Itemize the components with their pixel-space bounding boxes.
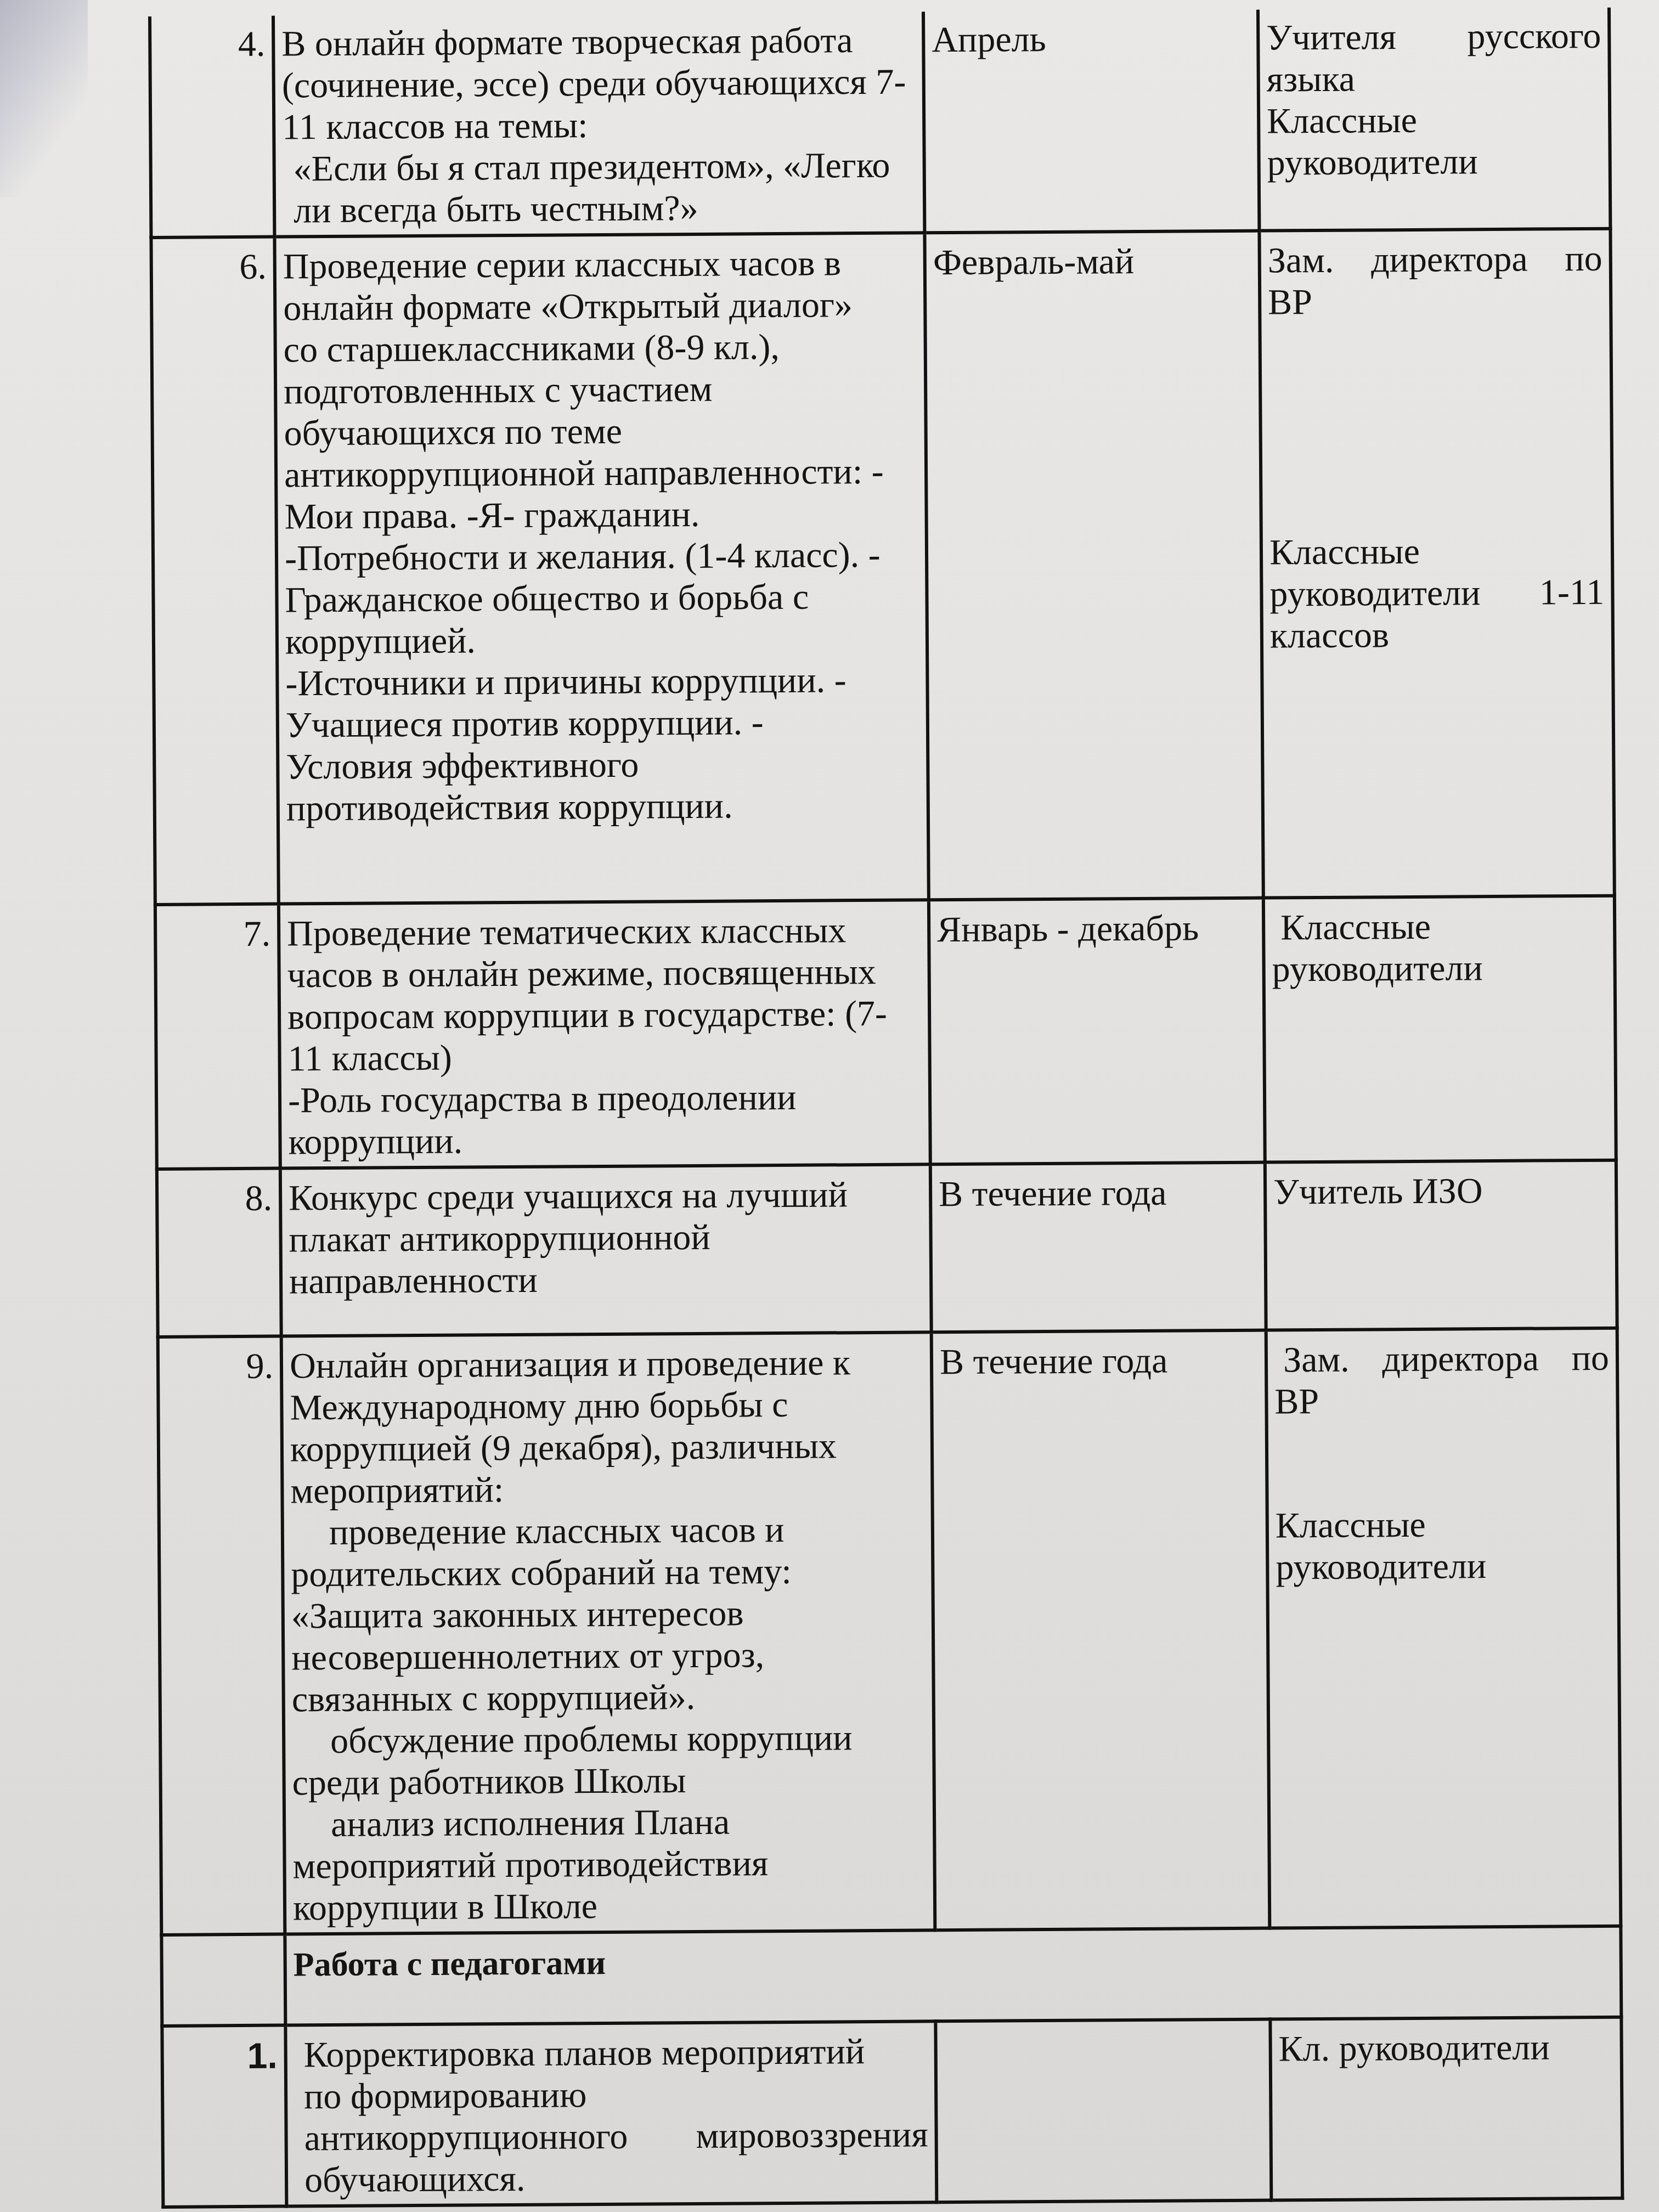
activity-line: Онлайн организация и проведение к [290, 1341, 923, 1387]
row-number: 6. [151, 237, 278, 905]
activity-line: со старшеклассниками (8-9 кл.), [283, 325, 917, 371]
row-number: 9. [158, 1336, 285, 1935]
responsible-line: ВР [1274, 1379, 1609, 1423]
activity-line: Учащиеся против коррупции. - [286, 701, 919, 746]
activity-cell: Конкурс среди учащихся на лучший плакат … [280, 1164, 932, 1336]
activity-line: Конкурс среди учащихся на лучший [289, 1173, 922, 1219]
responsible-cell: Зам. директора по ВР Классные руководите… [1266, 1328, 1621, 1928]
activity-line: Гражданское общество и борьба с [285, 575, 918, 621]
table-row: 8. Конкурс среди учащихся на лучший плак… [157, 1160, 1617, 1337]
spacer [1268, 321, 1604, 532]
date-cell: В течение года [932, 1330, 1270, 1931]
activity-line: 11 классы) [287, 1034, 921, 1080]
activity-line: часов в онлайн режиме, посвященных [287, 951, 921, 996]
responsible-line: классов [1270, 613, 1605, 657]
responsible-line: Учителя русского [1266, 15, 1601, 59]
section-row: Работа с педагогами [161, 1926, 1621, 2026]
table-row: 9. Онлайн организация и проведение к Меж… [158, 1328, 1621, 1935]
activity-line: проведение классных часов и [291, 1508, 924, 1554]
row-number: 4. [150, 16, 274, 238]
responsible-cell: Учителя русского языка Классные руководи… [1258, 8, 1610, 231]
activity-line: -Источники и причины коррупции. - [285, 659, 919, 704]
activity-cell: Корректировка планов мероприятий по форм… [285, 2021, 936, 2206]
activity-line: вопросам коррупции в государстве: (7- [287, 992, 921, 1038]
row-number: 8. [157, 1169, 281, 1337]
responsible-line: ВР [1268, 280, 1602, 324]
section-title-cell: Работа с педагогами [285, 1926, 1621, 2025]
activity-line: коррупции. [288, 1118, 922, 1163]
responsible-line: руководители [1267, 140, 1601, 184]
activity-line: мероприятий: [290, 1466, 924, 1512]
activity-line: направленности [289, 1257, 923, 1302]
responsible-cell: Кл. руководители [1270, 2017, 1622, 2200]
responsible-line: Классные [1267, 99, 1601, 143]
responsible-line: языка [1267, 57, 1601, 101]
activity-line: коррупцией (9 декабря), различных [290, 1425, 924, 1470]
date-cell: Апрель [923, 10, 1259, 233]
activity-line: онлайн формате «Открытый диалог» [283, 284, 917, 329]
responsible-line: Зам. директора по [1274, 1338, 1609, 1381]
activity-line: обучающихся. [304, 2155, 928, 2201]
section-title: Работа с педагогами [293, 1944, 606, 1983]
document-page: 4. В онлайн формате творческая работа (с… [148, 8, 1621, 2209]
activity-line: антикоррупционной направленности: - [284, 450, 918, 496]
table-row: 6. Проведение серии классных часов в онл… [151, 229, 1614, 905]
responsible-line: Классные [1276, 1503, 1610, 1547]
responsible-line: руководители 1-11 [1269, 572, 1604, 616]
paper-shadow [0, 0, 88, 198]
responsible-line: Кл. руководители [1278, 2027, 1613, 2070]
responsible-line: Учитель ИЗО [1273, 1170, 1608, 1214]
activity-line: противодействия коррупции. [286, 784, 920, 830]
date-cell [935, 2019, 1271, 2203]
activity-line: -Роль государства в преодолении [288, 1076, 922, 1121]
activity-line: несовершеннолетних от угроз, [291, 1633, 925, 1679]
activity-line: Проведение серии классных часов в [283, 242, 917, 287]
activity-line: -Потребности и желания. (1-4 класс). - [285, 534, 918, 579]
date-cell: Февраль-май [924, 231, 1263, 900]
activity-line: по формированию [304, 2072, 928, 2118]
row-number-empty [161, 1934, 285, 2026]
activity-line: Мои права. -Я- гражданин. [284, 492, 918, 538]
activity-line: плакат антикоррупционной [289, 1215, 922, 1261]
activity-line: Условия эффективного [286, 742, 919, 788]
activity-line: коррупции в Школе [293, 1883, 927, 1929]
responsible-line: Классные [1272, 905, 1606, 949]
date-cell: В течение года [930, 1163, 1266, 1333]
activity-line: ли всегда быть честным?» [283, 186, 916, 232]
spacer [1275, 1421, 1610, 1505]
activity-line: среди работников Школы [292, 1758, 926, 1804]
activity-line: В онлайн формате творческая работа [281, 19, 915, 65]
activity-line: связанных с коррупцией». [292, 1675, 926, 1720]
responsible-line: руководители [1272, 947, 1606, 991]
activity-line: 11 классов на темы: [282, 103, 916, 148]
activity-line: (сочинение, эссе) среди обучающихся 7- [282, 61, 916, 106]
responsible-cell: Зам. директора по ВР Классные руководите… [1259, 229, 1614, 898]
responsible-cell: Учитель ИЗО [1265, 1160, 1617, 1330]
activity-line: обсуждение проблемы коррупции [292, 1717, 926, 1762]
responsible-line: руководители [1276, 1545, 1610, 1589]
activity-cell: Онлайн организация и проведение к Междун… [281, 1332, 935, 1934]
table-row: 7. Проведение тематических классных часо… [155, 896, 1616, 1169]
activity-line: родительских собраний на тему: [291, 1550, 924, 1595]
responsible-line: Классные [1269, 530, 1604, 574]
activity-cell: В онлайн формате творческая работа (сочи… [273, 12, 924, 236]
activity-line: подготовленных с участием [284, 367, 917, 413]
activity-line: Международному дню борьбы с [290, 1383, 923, 1429]
row-number: 1. [162, 2025, 286, 2207]
table-row: 4. В онлайн формате творческая работа (с… [150, 8, 1610, 238]
activity-line: «Защита законных интересов [291, 1592, 925, 1637]
row-number: 7. [155, 904, 280, 1169]
activity-line: «Если бы я стал президентом», «Легко [282, 144, 916, 190]
activity-line: коррупцией. [285, 617, 919, 663]
activity-line: антикоррупционного мировоззрения [304, 2114, 928, 2159]
responsible-line: Зам. директора по [1268, 238, 1602, 282]
activity-line: мероприятий противодействия [292, 1842, 926, 1887]
activity-cell: Проведение тематических классных часов в… [279, 900, 930, 1168]
activity-plan-table: 4. В онлайн формате творческая работа (с… [148, 8, 1624, 2209]
responsible-cell: Классные руководители [1263, 896, 1616, 1163]
date-cell: Январь - декабрь [929, 898, 1265, 1165]
activity-line: обучающихся по теме [284, 409, 917, 454]
table-row: 1. Корректировка планов мероприятий по ф… [162, 2017, 1622, 2207]
activity-line: Корректировка планов мероприятий [303, 2030, 927, 2076]
activity-line: анализ исполнения Плана [292, 1800, 926, 1846]
activity-line: Проведение тематических классных [287, 909, 921, 955]
activity-cell: Проведение серии классных часов в онлайн… [274, 233, 928, 904]
